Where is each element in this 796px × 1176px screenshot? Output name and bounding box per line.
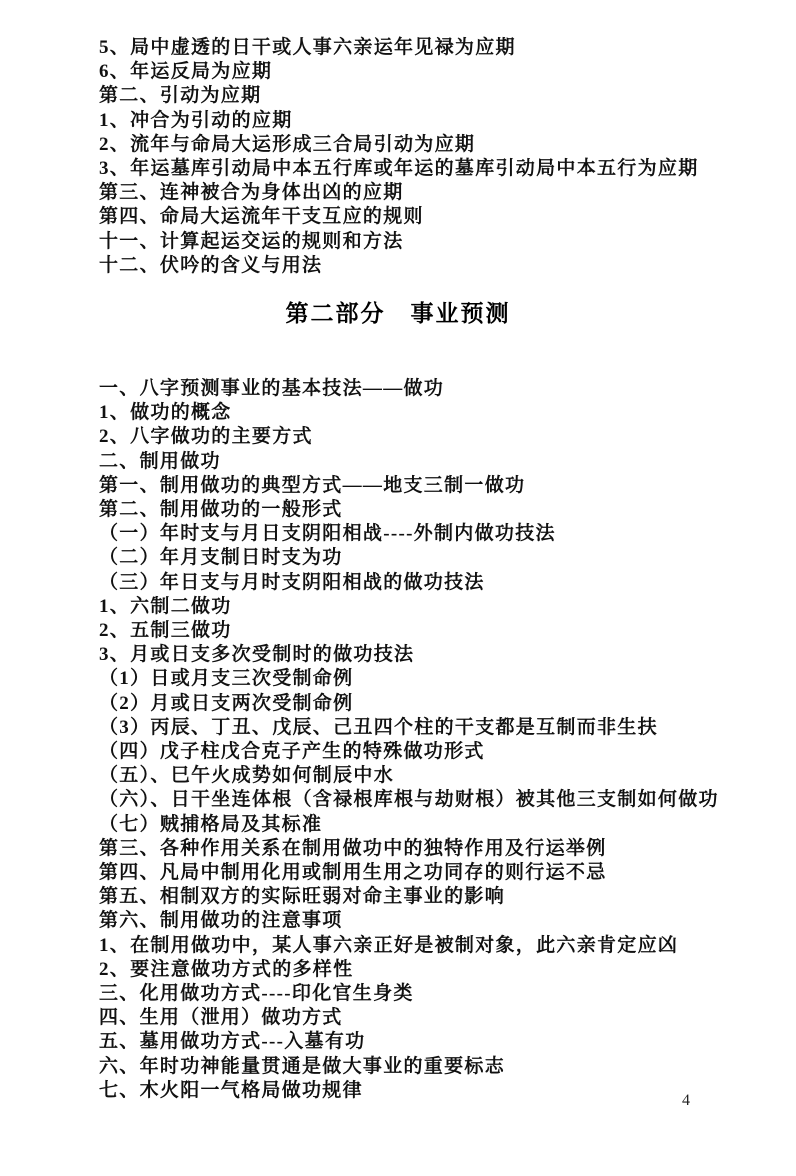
toc-line: （3）丙辰、丁丑、戊辰、己丑四个柱的干支都是互制而非生扶: [99, 716, 719, 740]
document-page: 5、局中虚透的日干或人事六亲运年见禄为应期6、年运反局为应期第二、引动为应期1、…: [0, 0, 796, 1176]
toc-line: 六、年时功神能量贯通是做大事业的重要标志: [99, 1055, 719, 1079]
toc-line: （五）、巳午火成势如何制辰中水: [99, 764, 719, 788]
toc-line: （四）戊子柱戊合克子产生的特殊做功形式: [99, 740, 719, 764]
toc-line: （三）年日支与月时支阴阳相战的做功技法: [99, 571, 719, 595]
toc-line: （一）年时支与月日支阴阳相战----外制内做功技法: [99, 522, 719, 546]
toc-line: 2、流年与命局大运形成三合局引动为应期: [99, 133, 699, 157]
toc-section-application-periods: 5、局中虚透的日干或人事六亲运年见禄为应期6、年运反局为应期第二、引动为应期1、…: [99, 36, 699, 278]
page-number: 4: [682, 1091, 690, 1111]
toc-line: 5、局中虚透的日干或人事六亲运年见禄为应期: [99, 36, 699, 60]
toc-line: 2、八字做功的主要方式: [99, 425, 719, 449]
toc-line: 第四、凡局中制用化用或制用生用之功同存的则行运不忌: [99, 861, 719, 885]
toc-line: （1）日或月支三次受制命例: [99, 667, 719, 691]
toc-line: 四、生用（泄用）做功方式: [99, 1006, 719, 1030]
toc-line: 三、化用做功方式----印化官生身类: [99, 982, 719, 1006]
toc-line: 1、在制用做功中，某人事六亲正好是被制对象，此六亲肯定应凶: [99, 934, 719, 958]
toc-line: 一、八字预测事业的基本技法——做功: [99, 377, 719, 401]
toc-line: 1、六制二做功: [99, 595, 719, 619]
toc-line: 1、冲合为引动的应期: [99, 109, 699, 133]
toc-line: 第一、制用做功的典型方式——地支三制一做功: [99, 474, 719, 498]
toc-line: （2）月或日支两次受制命例: [99, 692, 719, 716]
toc-line: 第六、制用做功的注意事项: [99, 909, 719, 933]
toc-line: （二）年月支制日时支为功: [99, 546, 719, 570]
toc-line: 二、制用做功: [99, 450, 719, 474]
section-heading: 第二部分 事业预测: [0, 299, 796, 327]
toc-line: 6、年运反局为应期: [99, 60, 699, 84]
toc-line: 十一、计算起运交运的规则和方法: [99, 230, 699, 254]
toc-line: 第二、制用做功的一般形式: [99, 498, 719, 522]
toc-line: 十二、伏吟的含义与用法: [99, 254, 699, 278]
toc-section-career-prediction: 一、八字预测事业的基本技法——做功1、做功的概念2、八字做功的主要方式二、制用做…: [99, 377, 719, 1103]
toc-line: 2、五制三做功: [99, 619, 719, 643]
toc-line: 五、墓用做功方式---入墓有功: [99, 1030, 719, 1054]
toc-line: 第二、引动为应期: [99, 84, 699, 108]
toc-line: 第四、命局大运流年干支互应的规则: [99, 205, 699, 229]
toc-line: 第五、相制双方的实际旺弱对命主事业的影响: [99, 885, 719, 909]
toc-line: 2、要注意做功方式的多样性: [99, 958, 719, 982]
toc-line: 3、年运墓库引动局中本五行库或年运的墓库引动局中本五行为应期: [99, 157, 699, 181]
toc-line: 3、月或日支多次受制时的做功技法: [99, 643, 719, 667]
toc-line: 1、做功的概念: [99, 401, 719, 425]
toc-line: 第三、连神被合为身体出凶的应期: [99, 181, 699, 205]
toc-line: 第三、各种作用关系在制用做功中的独特作用及行运举例: [99, 837, 719, 861]
toc-line: （七）贼捕格局及其标准: [99, 813, 719, 837]
toc-line: 七、木火阳一气格局做功规律: [99, 1079, 719, 1103]
toc-line: （六）、日干坐连体根（含禄根库根与劫财根）被其他三支制如何做功: [99, 788, 719, 812]
